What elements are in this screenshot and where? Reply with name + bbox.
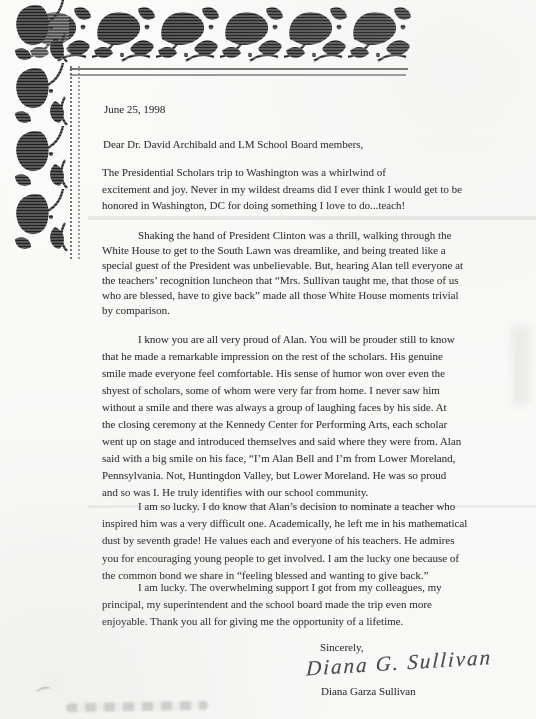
paragraph: I am so lucky. I do know that Alan’s dec… — [102, 499, 522, 585]
letter-line: smile made everyone feel comfortable. Hi… — [102, 366, 522, 383]
letter-line: that he made a remarkable impression on … — [102, 349, 522, 366]
letter-line: without a smile and there was always a g… — [102, 400, 522, 417]
letter-line: the closing ceremony at the Kennedy Cent… — [102, 417, 522, 434]
letter-line: who are blessed, have to give back” made… — [102, 289, 522, 304]
letter-content: June 25, 1998 Dear Dr. David Archibald a… — [0, 0, 536, 719]
letter-salutation: Dear Dr. David Archibald and LM School B… — [103, 139, 363, 151]
paragraph: I am lucky. The overwhelming support I g… — [102, 580, 522, 631]
letter-line: I am so lucky. I do know that Alan’s dec… — [102, 499, 522, 516]
letter-line: The Presidential Scholars trip to Washin… — [102, 165, 522, 182]
letter-line: I know you are all very proud of Alan. Y… — [102, 332, 522, 349]
letter-line: shyest of scholars, some of whom were ve… — [102, 383, 522, 400]
letter-line: White House to get to the South Lawn was… — [102, 244, 522, 259]
letter-line: principal, my superintendent and the sch… — [102, 597, 522, 614]
letter-line: honored in Washington, DC for doing some… — [102, 198, 522, 215]
letter-line: enjoyable. Thank you all for giving me t… — [102, 614, 522, 631]
letter-line: said with a big smile on his face, “I’m … — [102, 451, 522, 468]
paragraph: Shaking the hand of President Clinton wa… — [102, 229, 522, 318]
letter-line: Pennsylvania. Not, Huntingdon Valley, bu… — [102, 468, 522, 485]
letter-line: I am lucky. The overwhelming support I g… — [102, 580, 522, 597]
signed-name: Diana Garza Sullivan — [321, 686, 416, 698]
letter-line: by comparison. — [102, 304, 522, 319]
letter-line: went up on stage and introduced themselv… — [102, 434, 522, 451]
letter-line: you for encouraging young people to get … — [102, 551, 522, 568]
paragraph: The Presidential Scholars trip to Washin… — [102, 165, 522, 215]
scanned-letter-page: June 25, 1998 Dear Dr. David Archibald a… — [0, 0, 536, 719]
letter-line: special guest of the President was unbel… — [102, 259, 522, 274]
paragraph: I know you are all very proud of Alan. Y… — [102, 332, 522, 502]
letter-closing: Sincerely, — [320, 642, 364, 654]
letter-line: excitement and joy. Never in my wildest … — [102, 182, 522, 199]
letter-line: dust by seventh grade! He values each an… — [102, 533, 522, 550]
letter-line: inspired him was a very difficult one. A… — [102, 516, 522, 533]
letter-line: Shaking the hand of President Clinton wa… — [102, 229, 522, 244]
letter-line: the teachers’ recognition luncheon that … — [102, 274, 522, 289]
letter-date: June 25, 1998 — [104, 104, 165, 116]
